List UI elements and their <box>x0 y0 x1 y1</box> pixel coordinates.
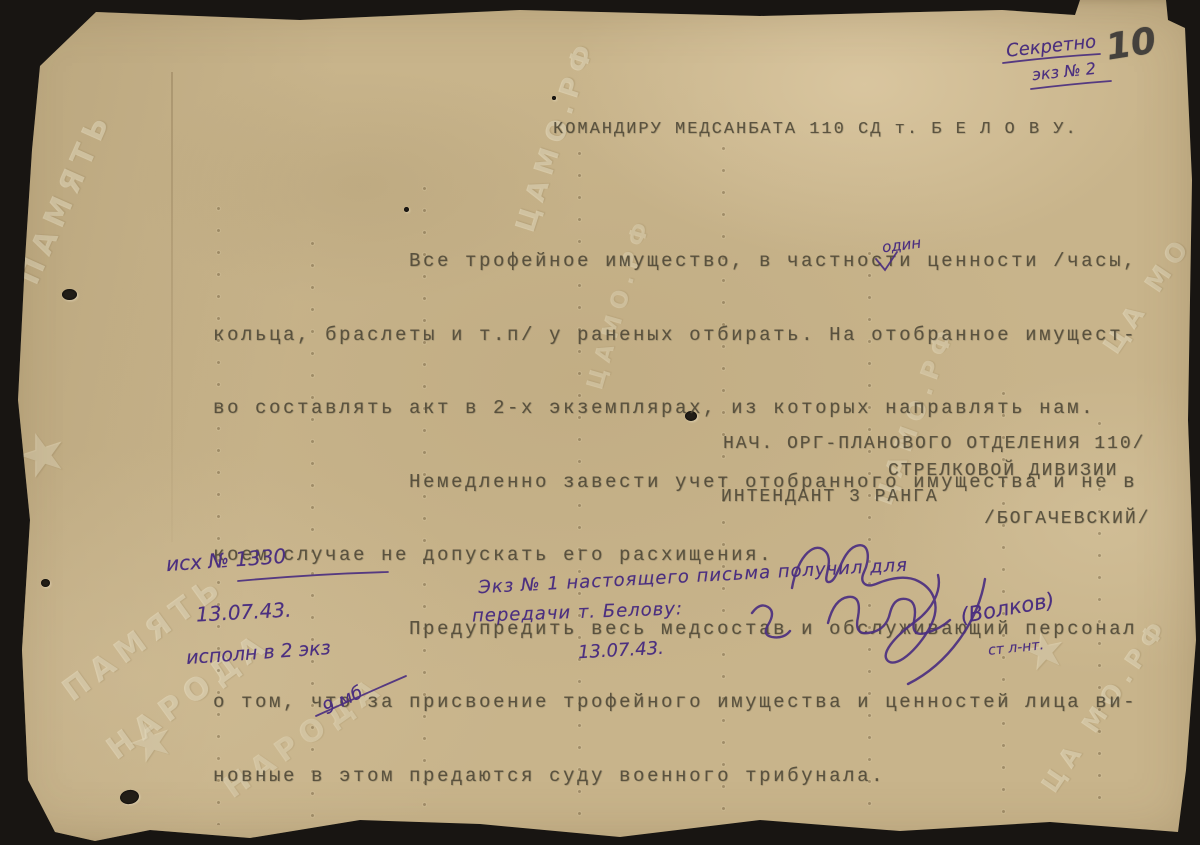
body-line: кольца, браслеты и т.п/ у раненых отбира… <box>213 323 1137 348</box>
watermark-pamyat: ПАМЯТЬ <box>11 105 119 290</box>
outgoing-number-note: исх № 1330 <box>165 544 287 576</box>
body-line: Все трофейное имущество, в частности цен… <box>213 249 1137 274</box>
perforation-dots <box>577 150 582 822</box>
paper-sheet: ЦАМО.РФ ПАМЯТЬ ПАМЯТЬ НАРОДА ЦАМО.РФ ЦАМ… <box>0 0 1200 845</box>
paper-speck <box>552 96 556 100</box>
receipt-note-line1: Экз № 1 настоящего письма получил для <box>478 555 909 598</box>
star-watermark-icon: ★ <box>7 414 77 495</box>
ink-strokes-overlay <box>0 0 1200 845</box>
receipt-signer-rank: ст л-нт. <box>987 637 1044 659</box>
bogachevsky-signature-ink <box>792 545 939 662</box>
secret-underline-ink <box>1003 54 1100 63</box>
paper-hole <box>52 25 68 45</box>
addressee-line: КОМАНДИРУ МЕДСАНБАТА 110 СД т. Б Е Л О В… <box>553 120 1078 139</box>
perforation-dots <box>867 250 872 815</box>
signature-title-line1: НАЧ. ОРГ-ПЛАНОВОГО ОТДЕЛЕНИЯ 110/ <box>723 434 1145 454</box>
outgoing-underline-ink <box>238 572 388 581</box>
paper-speck <box>404 207 409 212</box>
scanned-document: ЦАМО.РФ ПАМЯТЬ ПАМЯТЬ НАРОДА ЦАМО.РФ ЦАМ… <box>0 0 1200 845</box>
inserted-word: один <box>881 234 922 257</box>
letter-body: Все трофейное имущество, в частности цен… <box>213 200 1137 837</box>
watermark-camo: ЦА МО <box>1098 230 1199 360</box>
copy-underline-ink <box>1031 81 1111 89</box>
copies-note: исполн в 2 экз <box>185 637 331 669</box>
paper-hole <box>685 411 697 421</box>
body-line: о том, что за присвоение трофейного имущ… <box>213 690 1137 715</box>
star-watermark-icon: ★ <box>119 706 183 778</box>
receipt-signer-name: (Волков) <box>959 588 1057 628</box>
body-line: Немедленно завести учет отобранного имущ… <box>213 470 1137 495</box>
perforation-dots <box>1097 420 1102 810</box>
body-line: новные в этом предаются суду военного тр… <box>213 764 1137 789</box>
perforation-dots <box>422 185 427 815</box>
watermark-camo: ЦАМО.РФ <box>582 213 656 392</box>
perforation-dots <box>721 145 726 813</box>
unit-note-stroke-ink <box>316 676 406 716</box>
volkov-signature-ink <box>828 597 950 634</box>
watermark-camo: ЦАМО.РФ <box>869 320 961 509</box>
watermark-pamyat: ПАМЯТЬ <box>56 567 232 709</box>
secret-stamp-text: Секретно <box>1005 31 1097 61</box>
volkov-signature-flourish-ink <box>908 579 985 684</box>
page-number: 10 <box>1103 20 1159 68</box>
volkov-signature-ink <box>752 605 790 637</box>
copy-number-text: экз № 2 <box>1031 59 1097 85</box>
receipt-note-line2: передачи т. Белову: <box>472 598 684 626</box>
body-line: коем случае не допускать его расхищения. <box>213 543 1137 568</box>
signature-rank: ИНТЕНДАНТ 3 РАНГА <box>721 487 939 507</box>
perforation-dots <box>1001 390 1006 815</box>
perforation-dots <box>310 240 315 825</box>
watermark-camo: ЦАМО.РФ <box>510 35 602 236</box>
star-watermark-icon: ★ <box>1016 618 1072 684</box>
signature-title-line2: СТРЕЛКОВОЙ ДИВИЗИИ <box>888 461 1118 481</box>
perforation-dots <box>216 205 221 825</box>
receipt-date: 13.07.43. <box>578 638 665 663</box>
paper-hole <box>62 289 77 300</box>
watermark-naroda: НАРОДА <box>100 625 277 767</box>
body-line: Предупредить весь медсостав и обслуживаю… <box>213 617 1137 642</box>
watermark-naroda: НАРОДА <box>217 669 391 805</box>
body-line: во составлять акт в 2-х экземплярах, из … <box>213 396 1137 421</box>
signature-name: /БОГАЧЕВСКИЙ/ <box>984 509 1150 529</box>
watermark-camo: ЦА МО.РФ <box>1035 611 1174 798</box>
outgoing-date-note: 13.07.43. <box>195 598 292 627</box>
paper-hole <box>119 788 140 805</box>
paper-crease <box>171 72 173 542</box>
unit-note: 9 мб <box>320 682 367 719</box>
insert-caret-ink <box>876 252 897 270</box>
paper-hole <box>41 579 50 587</box>
